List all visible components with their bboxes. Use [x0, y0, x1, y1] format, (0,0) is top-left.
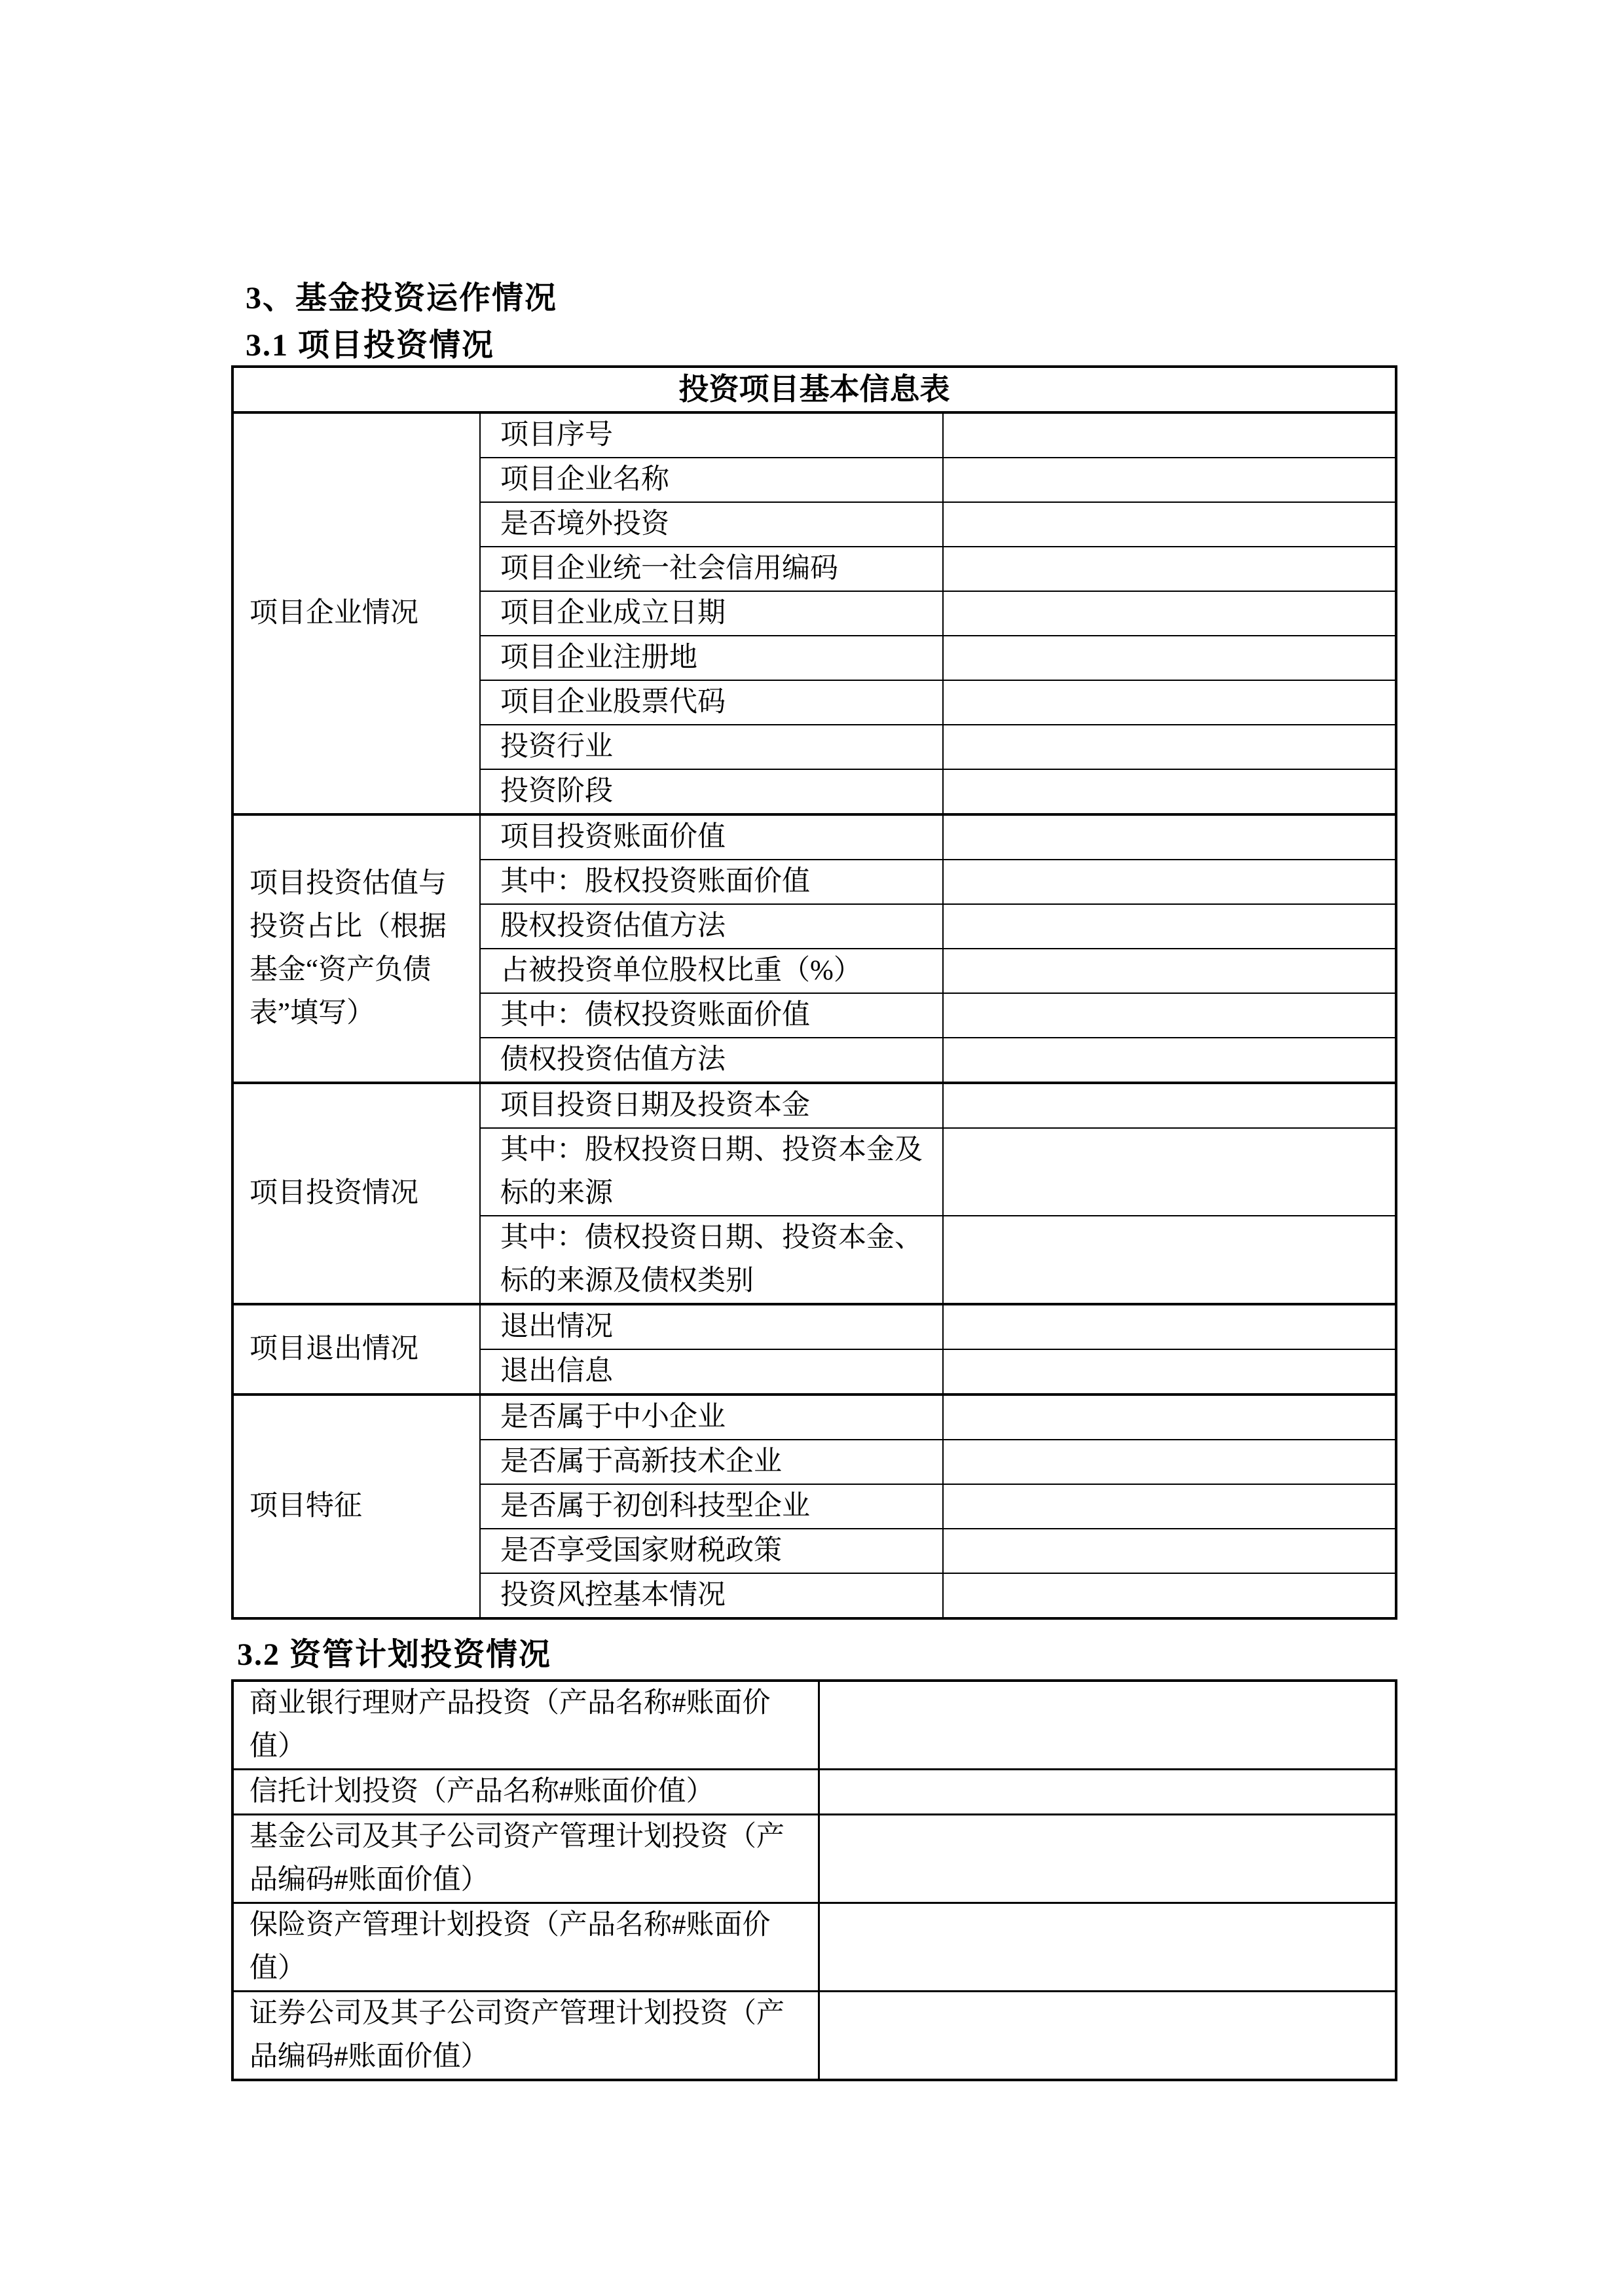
value-cell — [943, 680, 1396, 725]
value-cell — [943, 993, 1396, 1038]
project-basic-info-table: 投资项目基本信息表项目企业情况项目序号项目企业名称是否境外投资项目企业统一社会信… — [231, 365, 1397, 1620]
section-3-2-heading: 3.2 资管计划投资情况 — [237, 1637, 551, 1673]
table-row: 项目企业情况项目序号 — [232, 412, 1396, 458]
group-label: 项目投资情况 — [232, 1083, 480, 1304]
asset-management-plan-table: 商业银行理财产品投资（产品名称#账面价值）信托计划投资（产品名称#账面价值）基金… — [231, 1679, 1397, 2081]
table-row: 商业银行理财产品投资（产品名称#账面价值） — [232, 1681, 1396, 1770]
field-label: 基金公司及其子公司资产管理计划投资（产品编码#账面价值） — [232, 1815, 819, 1903]
table-row: 项目投资情况项目投资日期及投资本金 — [232, 1083, 1396, 1128]
field-label: 项目序号 — [480, 412, 943, 458]
value-cell — [819, 1815, 1396, 1903]
value-cell — [943, 1484, 1396, 1529]
section-3-1-heading: 3.1 项目投资情况 — [246, 327, 494, 364]
field-label: 投资风控基本情况 — [480, 1573, 943, 1618]
value-cell — [943, 547, 1396, 591]
field-label: 退出信息 — [480, 1349, 943, 1394]
value-cell — [819, 1681, 1396, 1770]
table-row: 项目退出情况退出情况 — [232, 1304, 1396, 1349]
table-row: 保险资产管理计划投资（产品名称#账面价值） — [232, 1903, 1396, 1992]
value-cell — [943, 1083, 1396, 1128]
field-label: 其中：股权投资账面价值 — [480, 860, 943, 904]
value-cell — [943, 636, 1396, 680]
field-label: 项目企业股票代码 — [480, 680, 943, 725]
field-label: 商业银行理财产品投资（产品名称#账面价值） — [232, 1681, 819, 1770]
value-cell — [819, 1903, 1396, 1992]
field-label: 信托计划投资（产品名称#账面价值） — [232, 1770, 819, 1815]
value-cell — [943, 1349, 1396, 1394]
field-label: 债权投资估值方法 — [480, 1038, 943, 1083]
field-label: 项目投资账面价值 — [480, 814, 943, 860]
value-cell — [819, 1770, 1396, 1815]
value-cell — [943, 412, 1396, 458]
value-cell — [943, 502, 1396, 547]
value-cell — [943, 1128, 1396, 1216]
table-row: 项目特征是否属于中小企业 — [232, 1394, 1396, 1440]
field-label: 是否境外投资 — [480, 502, 943, 547]
field-label: 保险资产管理计划投资（产品名称#账面价值） — [232, 1903, 819, 1992]
field-label: 证券公司及其子公司资产管理计划投资（产品编码#账面价值） — [232, 1992, 819, 2081]
field-label: 是否属于高新技术企业 — [480, 1440, 943, 1484]
field-label: 是否享受国家财税政策 — [480, 1529, 943, 1573]
value-cell — [943, 1038, 1396, 1083]
table-title: 投资项目基本信息表 — [232, 367, 1396, 412]
value-cell — [943, 1304, 1396, 1349]
value-cell — [943, 591, 1396, 636]
value-cell — [943, 1529, 1396, 1573]
value-cell — [943, 904, 1396, 949]
value-cell — [943, 458, 1396, 502]
section-3-heading: 3、基金投资运作情况 — [246, 280, 557, 317]
field-label: 投资阶段 — [480, 769, 943, 814]
table-row: 证券公司及其子公司资产管理计划投资（产品编码#账面价值） — [232, 1992, 1396, 2081]
field-label: 退出情况 — [480, 1304, 943, 1349]
field-label: 是否属于初创科技型企业 — [480, 1484, 943, 1529]
group-label: 项目企业情况 — [232, 412, 480, 814]
field-label: 项目企业名称 — [480, 458, 943, 502]
field-label: 项目企业注册地 — [480, 636, 943, 680]
group-label: 项目投资估值与投资占比（根据基金“资产负债表”填写） — [232, 814, 480, 1083]
field-label: 股权投资估值方法 — [480, 904, 943, 949]
field-label: 其中：债权投资日期、投资本金、标的来源及债权类别 — [480, 1216, 943, 1304]
table-row: 信托计划投资（产品名称#账面价值） — [232, 1770, 1396, 1815]
field-label: 占被投资单位股权比重（%） — [480, 949, 943, 993]
table-row: 项目投资估值与投资占比（根据基金“资产负债表”填写）项目投资账面价值 — [232, 814, 1396, 860]
group-label: 项目特征 — [232, 1394, 480, 1618]
value-cell — [943, 1394, 1396, 1440]
field-label: 项目企业统一社会信用编码 — [480, 547, 943, 591]
value-cell — [943, 860, 1396, 904]
value-cell — [943, 814, 1396, 860]
value-cell — [943, 725, 1396, 769]
field-label: 投资行业 — [480, 725, 943, 769]
group-label: 项目退出情况 — [232, 1304, 480, 1394]
value-cell — [943, 1573, 1396, 1618]
field-label: 项目投资日期及投资本金 — [480, 1083, 943, 1128]
field-label: 其中：股权投资日期、投资本金及标的来源 — [480, 1128, 943, 1216]
value-cell — [943, 769, 1396, 814]
table-title-row: 投资项目基本信息表 — [232, 367, 1396, 412]
value-cell — [943, 1440, 1396, 1484]
field-label: 是否属于中小企业 — [480, 1394, 943, 1440]
value-cell — [819, 1992, 1396, 2081]
table-row: 基金公司及其子公司资产管理计划投资（产品编码#账面价值） — [232, 1815, 1396, 1903]
value-cell — [943, 1216, 1396, 1304]
field-label: 项目企业成立日期 — [480, 591, 943, 636]
field-label: 其中：债权投资账面价值 — [480, 993, 943, 1038]
value-cell — [943, 949, 1396, 993]
